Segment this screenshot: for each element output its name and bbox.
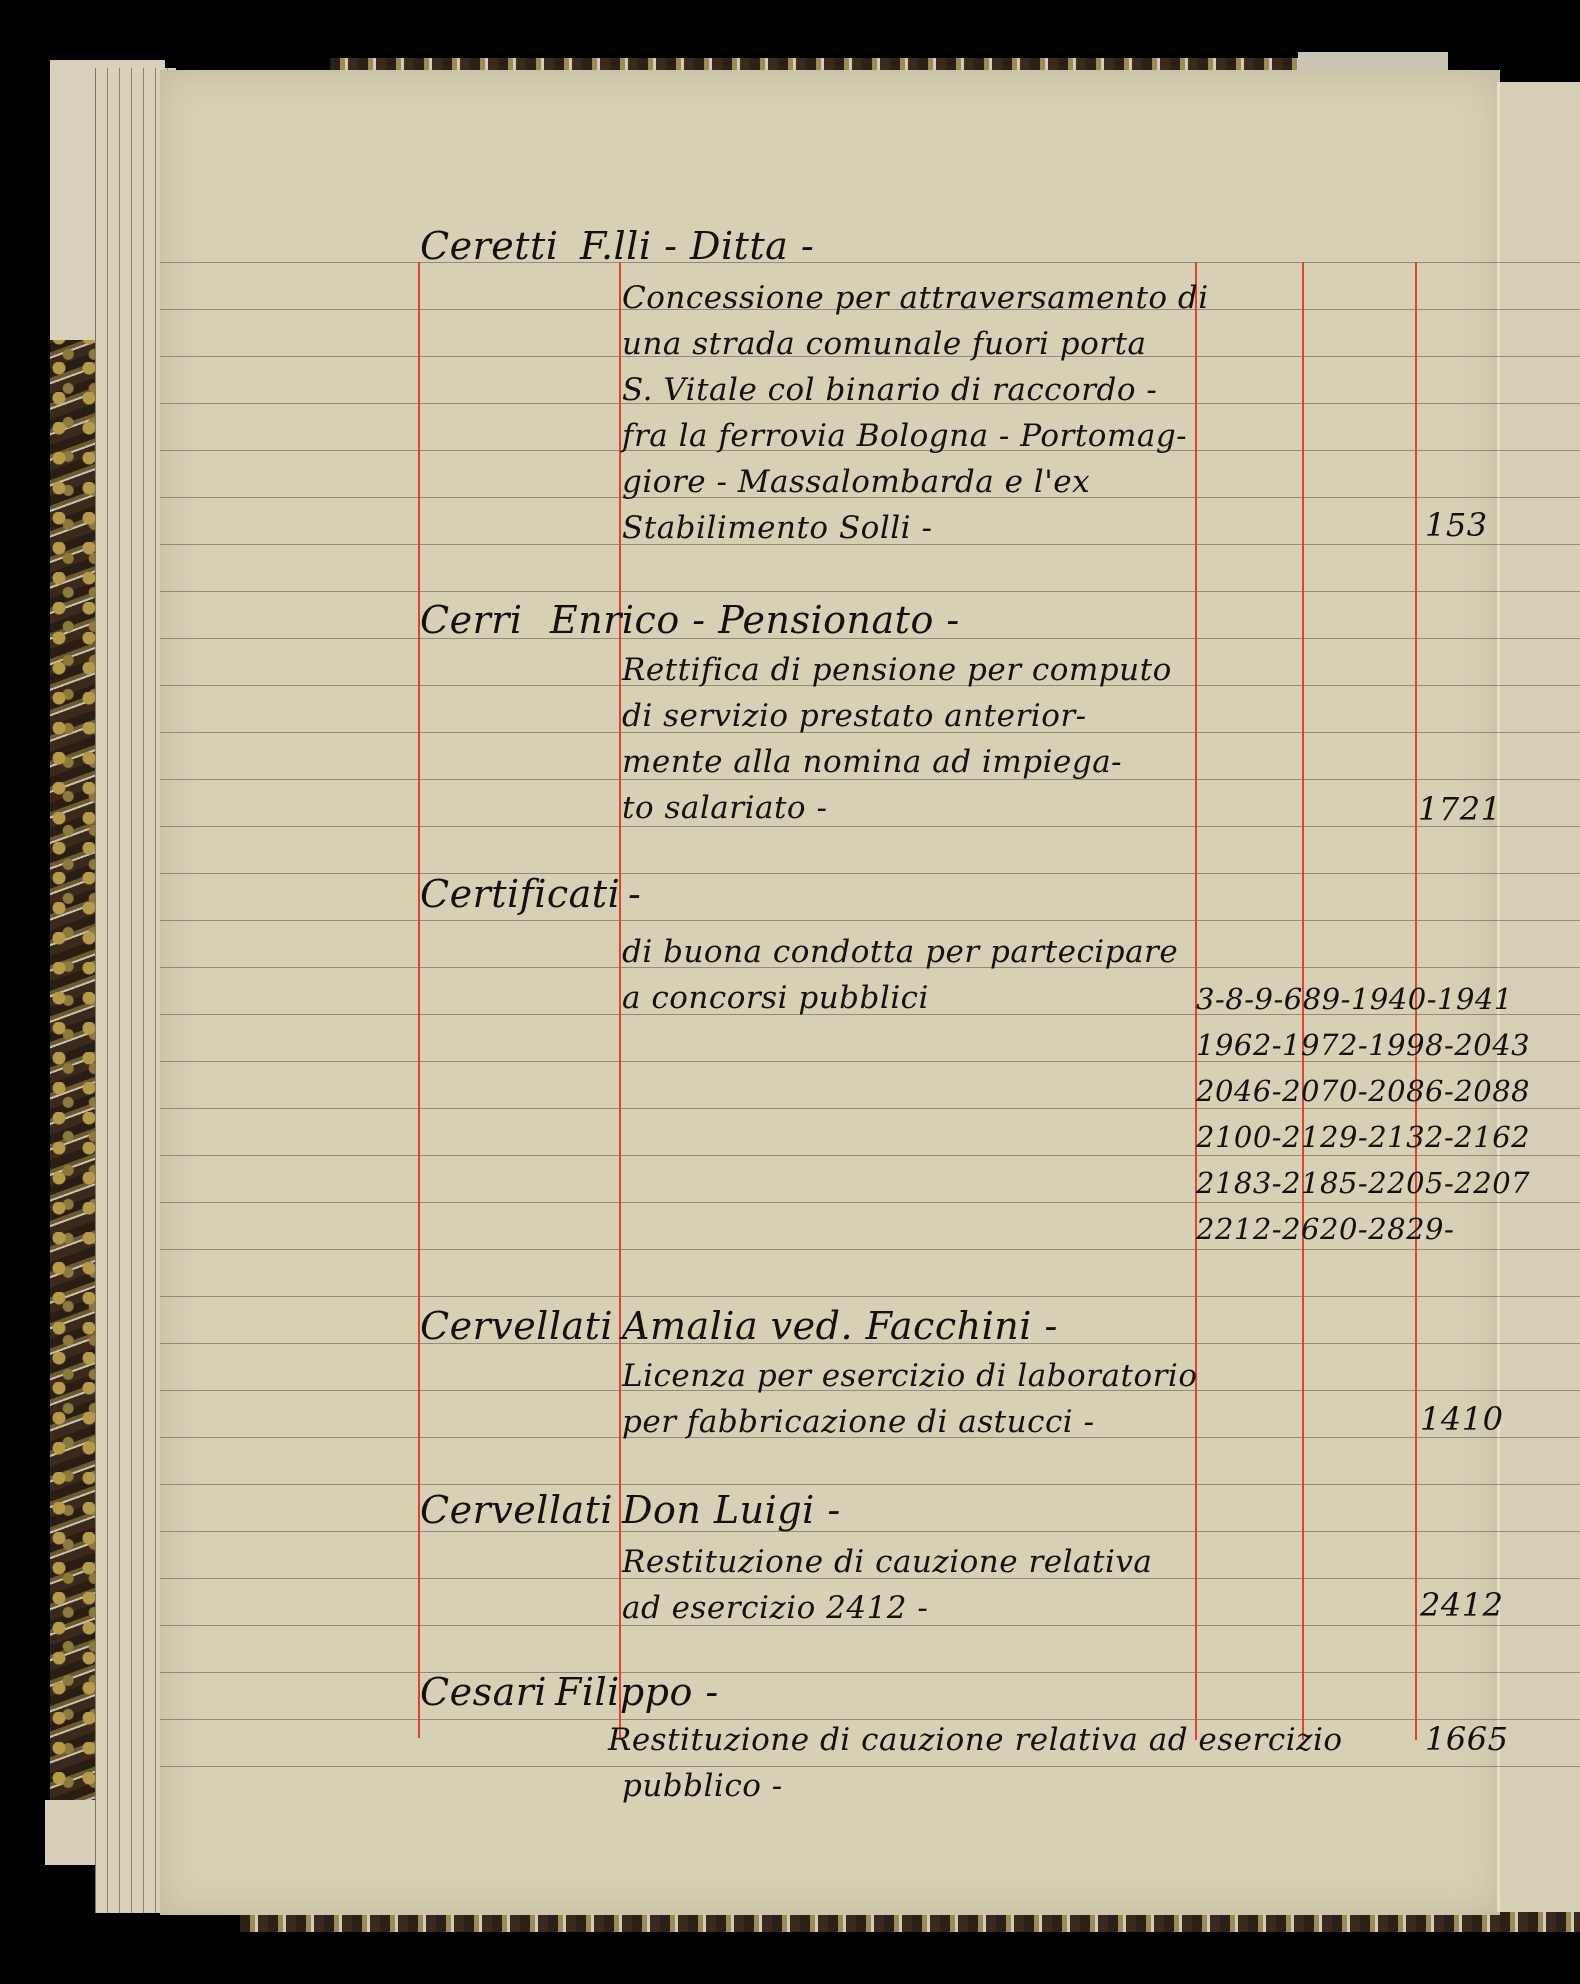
entry-description-line: Restituzione di cauzione relativa [622, 1544, 1152, 1580]
cover-bottom-strip [240, 1912, 1580, 1932]
ruled-line [160, 262, 1580, 263]
entry-subject: Enrico - Pensionato - [550, 598, 960, 642]
entry-reference-line: 2212-2620-2829- [1196, 1212, 1454, 1246]
entry-subject: - [628, 872, 641, 916]
ruled-line [160, 826, 1580, 827]
ruled-line [160, 920, 1580, 921]
ruled-line [160, 1531, 1580, 1532]
entry-subject: Filippo - [555, 1670, 719, 1714]
entry-reference: 2412 [1420, 1586, 1503, 1624]
entry-description-line: a concorsi pubblici [622, 980, 929, 1016]
entry-surname: Ceretti [420, 224, 558, 268]
entry-surname: Cesari [420, 1670, 547, 1714]
entry-reference: 1721 [1418, 790, 1501, 828]
ruled-line [160, 1719, 1580, 1720]
entry-surname: Cervellati [420, 1304, 613, 1348]
entry-description-line: giore - Massalombarda e l'ex [622, 464, 1090, 500]
entry-description-line: Restituzione di cauzione relativa ad ese… [608, 1722, 1343, 1758]
entry-description-line: to salariato - [622, 790, 827, 826]
ruled-line [160, 1249, 1580, 1250]
entry-description-line: pubblico - [622, 1768, 783, 1804]
ruled-line [160, 1202, 1580, 1203]
entry-subject: F.lli - Ditta - [580, 224, 814, 268]
ruled-line [160, 873, 1580, 874]
ruled-line [160, 1484, 1580, 1485]
entry-description-line: ad esercizio 2412 - [622, 1590, 928, 1626]
entry-description-line: di buona condotta per partecipare [622, 934, 1178, 970]
ruled-line [160, 1296, 1580, 1297]
entry-reference-line: 2100-2129-2132-2162 [1196, 1120, 1530, 1154]
entry-reference-line: 2046-2070-2086-2088 [1196, 1074, 1530, 1108]
entry-reference: 1410 [1420, 1400, 1503, 1438]
entry-surname: Cerri [420, 598, 523, 642]
entry-description-line: Stabilimento Solli - [622, 510, 932, 546]
entry-description-line: una strada comunale fuori porta [622, 326, 1147, 362]
entry-reference: 153 [1425, 506, 1488, 544]
entry-description-line: S. Vitale col binario di raccordo - [622, 372, 1157, 408]
entry-description-line: Licenza per esercizio di laboratorio [622, 1358, 1198, 1394]
entry-reference: 1665 [1425, 1720, 1508, 1758]
ruled-line [160, 591, 1580, 592]
entry-subject: Don Luigi - [622, 1488, 841, 1532]
ruled-line [160, 1766, 1580, 1767]
entry-reference-line: 3-8-9-689-1940-1941 [1196, 982, 1513, 1016]
entry-description-line: Concessione per attraversamento di [622, 280, 1209, 316]
entry-reference-line: 2183-2185-2205-2207 [1196, 1166, 1530, 1200]
entry-surname: Cervellati [420, 1488, 613, 1532]
ruled-line [160, 1155, 1580, 1156]
ruled-line [160, 1108, 1580, 1109]
entry-description-line: di servizio prestato anterior- [622, 698, 1087, 734]
ruled-line [160, 1672, 1580, 1673]
entry-description-line: mente alla nomina ad impiega- [622, 744, 1122, 780]
entry-reference-line: 1962-1972-1998-2043 [1196, 1028, 1530, 1062]
entry-description-line: per fabbricazione di astucci - [622, 1404, 1095, 1440]
red-column-rule-2 [619, 262, 621, 1738]
entry-surname: Certificati [420, 872, 620, 916]
entry-description-line: Rettifica di pensione per computo [622, 652, 1172, 688]
entry-subject: Amalia ved. Facchini - [622, 1304, 1058, 1348]
entry-description-line: fra la ferrovia Bologna - Portomag- [622, 418, 1187, 454]
